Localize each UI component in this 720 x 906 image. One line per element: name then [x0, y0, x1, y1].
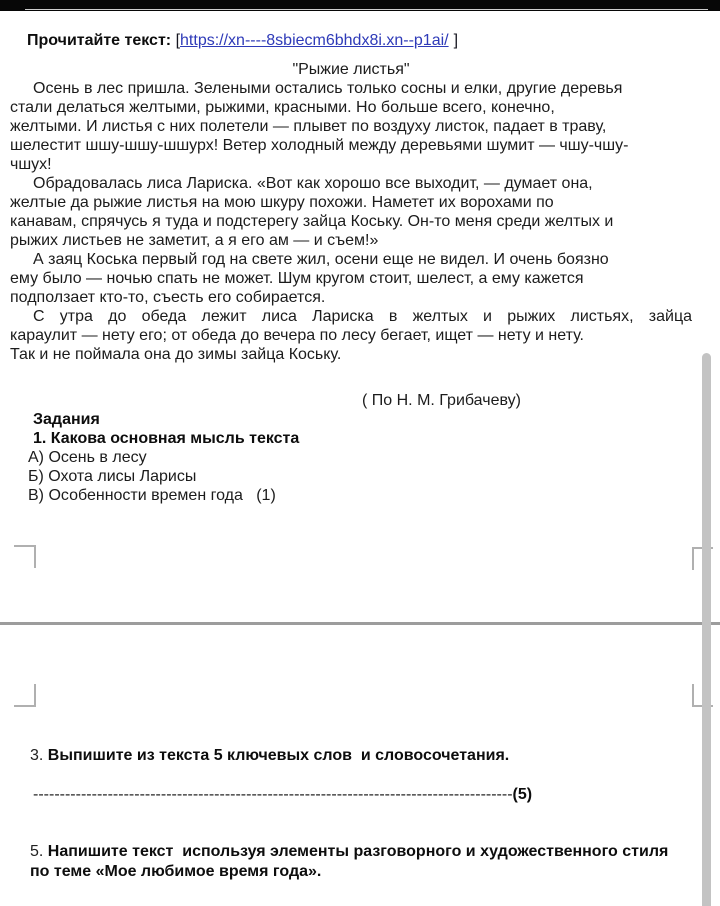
top-bar	[0, 0, 720, 11]
scrollbar-thumb[interactable]	[702, 353, 711, 906]
story-line: Осень в лес пришла. Зелеными остались то…	[10, 79, 692, 98]
task-1-option-v: В) Особенности времен года (1)	[28, 486, 692, 505]
task-3-text: Выпишите из текста 5 ключевых слов и сло…	[48, 747, 509, 764]
story-line: рыжих листьев не заметит, а я его ам — и…	[10, 231, 692, 250]
task-5-number: 5.	[30, 843, 43, 860]
author-attribution: ( По Н. М. Грибачеву)	[362, 391, 692, 410]
page-margin-mark-bottom-left	[14, 545, 36, 568]
story-line: Обрадовалась лиса Лариска. «Вот как хоро…	[10, 174, 692, 193]
bracket-close: ]	[454, 32, 458, 49]
story-line: чшух!	[10, 155, 692, 174]
task-5-question: 5. Напишите текст используя элементы раз…	[30, 842, 668, 882]
tasks-section: Задания 1. Какова основная мысль текста …	[28, 410, 692, 505]
tasks-heading: Задания	[28, 410, 692, 429]
story-line: шелестит шшу-шшу-шшурх! Ветер холодный м…	[10, 136, 692, 155]
task-5-text-line1: Напишите текст используя элементы разгов…	[48, 843, 669, 860]
story-line: С утра до обеда лежит лиса Лариска в жел…	[10, 307, 692, 326]
task-5-text-line2: по теме «Мое любимое время года».	[30, 862, 668, 882]
story-line: подползает кто-то, съесть его собирается…	[10, 288, 692, 307]
instruction-line: Прочитайте текст: [https://xn----8sbiecm…	[27, 31, 692, 50]
task-1-option-a: А) Осень в лесу	[28, 448, 692, 467]
story-title: "Рыжие листья"	[10, 60, 692, 79]
story-line: желтые да рыжие листья на мою шкуру похо…	[10, 193, 692, 212]
task-3-question: 3. Выпишите из текста 5 ключевых слов и …	[30, 746, 509, 765]
document-viewer: Прочитайте текст: [https://xn----8sbiecm…	[0, 0, 720, 906]
answer-line: ----------------------------------------…	[33, 785, 532, 804]
story-line: Так и не поймала она до зимы зайца Коськ…	[10, 345, 692, 364]
answer-points-badge: (5)	[513, 786, 533, 803]
story-line: ему было — ночью спать не может. Шум кру…	[10, 269, 692, 288]
story-line: канавам, спрячусь я туда и подстерегу за…	[10, 212, 692, 231]
answer-line-dashes: ----------------------------------------…	[33, 786, 513, 803]
task-1-question: 1. Какова основная мысль текста	[28, 429, 692, 448]
task-3-number: 3.	[30, 747, 43, 764]
story-text: Осень в лес пришла. Зелеными остались то…	[10, 79, 692, 364]
story-line: А заяц Коська первый год на свете жил, о…	[10, 250, 692, 269]
page-margin-mark-top-left	[14, 684, 36, 707]
task-1-option-b: Б) Охота лисы Ларисы	[28, 467, 692, 486]
page-break-separator	[0, 622, 720, 625]
story-line: желтыми. И листья с них полетели — плыве…	[10, 117, 692, 136]
document-page: Прочитайте текст: [https://xn----8sbiecm…	[0, 11, 720, 505]
story-line: стали делаться желтыми, рыжими, красными…	[10, 98, 692, 117]
instruction-label: Прочитайте текст:	[27, 32, 171, 49]
source-link[interactable]: https://xn----8sbiecm6bhdx8i.xn--p1ai/	[180, 32, 449, 49]
top-bar-line	[25, 9, 708, 10]
story-line: караулит — нету его; от обеда до вечера …	[10, 326, 692, 345]
